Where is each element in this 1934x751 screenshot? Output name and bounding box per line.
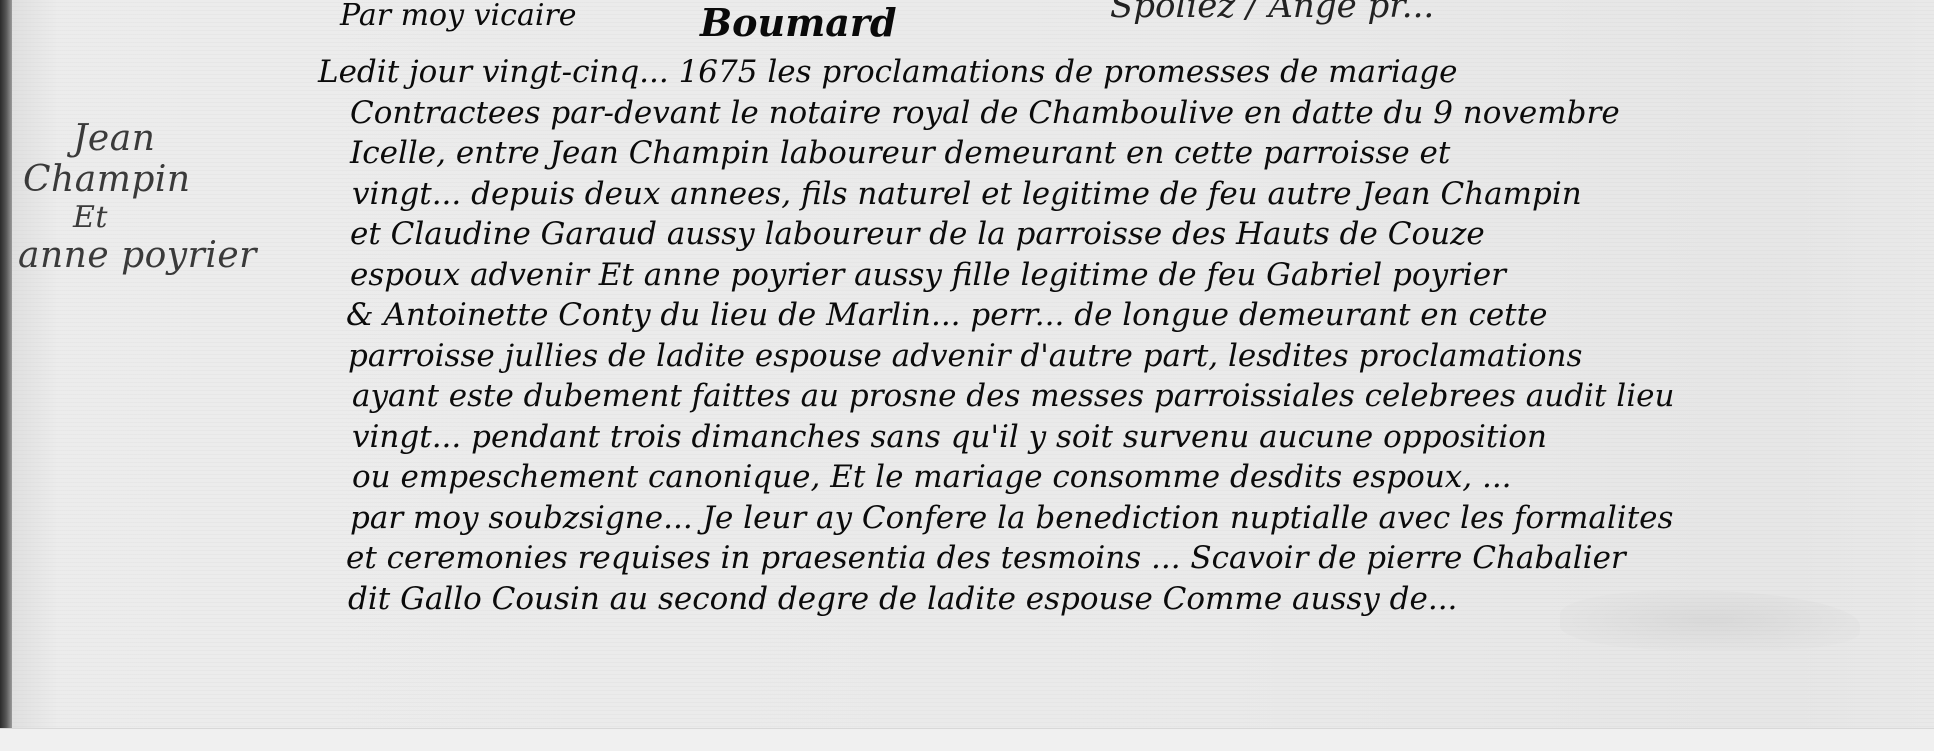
record-line: Icelle, entre Jean Champin laboureur dem… bbox=[318, 133, 1918, 174]
scanned-document-page: Par moy vicaire Boumard Spoliez / Ange p… bbox=[0, 0, 1934, 751]
record-line: & Antoinette Conty du lieu de Marlin... … bbox=[318, 295, 1918, 336]
signature-boumard: Boumard bbox=[700, 0, 897, 45]
previous-entry-tail: Par moy vicaire Boumard Spoliez / Ange p… bbox=[330, 0, 1930, 50]
record-line: et ceremonies requises in praesentia des… bbox=[318, 538, 1918, 579]
record-line: vingt... pendant trois dimanches sans qu… bbox=[318, 417, 1918, 458]
margin-note: Jean Champin Et anne poyrier bbox=[18, 118, 308, 277]
margin-note-line: Jean bbox=[18, 118, 308, 159]
record-line: vingt... depuis deux annees, fils nature… bbox=[318, 174, 1918, 215]
record-line: Contractees par-devant le notaire royal … bbox=[318, 93, 1918, 134]
margin-note-line: anne poyrier bbox=[18, 235, 308, 276]
record-line: espoux advenir Et anne poyrier aussy fil… bbox=[318, 255, 1918, 296]
margin-note-line: Champin bbox=[18, 159, 308, 200]
record-line: et Claudine Garaud aussy laboureur de la… bbox=[318, 214, 1918, 255]
margin-note-line: Et bbox=[18, 201, 308, 236]
record-line: ayant este dubement faittes au prosne de… bbox=[318, 376, 1918, 417]
record-line: par moy soubzsigne... Je leur ay Confere… bbox=[318, 498, 1918, 539]
record-line: Ledit jour vingt-cinq... 1675 les procla… bbox=[318, 52, 1918, 93]
binding-edge bbox=[0, 0, 12, 730]
record-line: ou empeschement canonique, Et le mariage… bbox=[318, 457, 1918, 498]
signature-fragment-right: Spoliez / Ange pr... bbox=[1110, 0, 1434, 26]
previous-entry-closing: Par moy vicaire bbox=[340, 0, 577, 33]
page-bottom-edge bbox=[0, 728, 1934, 751]
record-line: parroisse jullies de ladite espouse adve… bbox=[318, 336, 1918, 377]
marriage-record-body: Ledit jour vingt-cinq... 1675 les procla… bbox=[318, 52, 1918, 619]
